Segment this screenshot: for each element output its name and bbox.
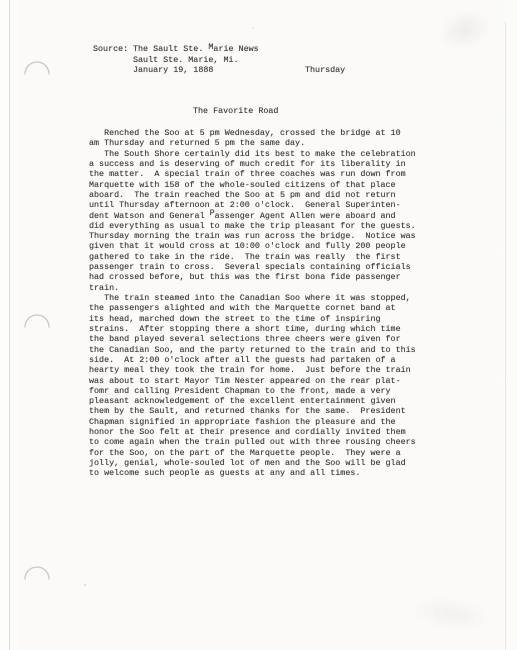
weekday-label: Thursday (305, 65, 345, 75)
body-line: train. (89, 283, 416, 293)
body-line: them by the Sault, and returned thanks f… (89, 406, 416, 416)
body-line: to come again when the train pulled out … (89, 437, 416, 447)
body-line: passenger train to cross. Several specia… (89, 262, 416, 272)
body-line: The train steamed into the Canadian Soo … (89, 293, 416, 303)
body-line: the Canadian Soo, and the party returned… (89, 345, 416, 355)
scan-smudge (421, 0, 509, 68)
body-line: the band played several selections three… (89, 334, 416, 344)
body-line: dent Watson and General Passenger Agent … (89, 211, 416, 221)
body-line: had crossed before, but this was the fir… (89, 272, 416, 282)
body-line: Marquette with 158 of the whole-souled c… (89, 180, 416, 190)
raised-letter: P (210, 208, 215, 218)
scan-speck (84, 584, 86, 586)
body-line: until Thursday afternoon at 2:00 o'clock… (89, 200, 416, 210)
body-line: fomr and calling President Chapman to th… (89, 386, 416, 396)
source-location: Sault Ste. Marie, Mi. (133, 55, 259, 66)
source-block: The Sault Ste. Marie News Sault Ste. Mar… (133, 44, 259, 76)
raised-letter: M (208, 42, 213, 52)
article-body: Renched the Soo at 5 pm Wednesday, cross… (89, 128, 416, 479)
body-line: a success and is deserving of much credi… (89, 159, 416, 169)
paper-left-edge (0, 0, 10, 650)
body-line: to welcome such people as guests at any … (89, 468, 416, 478)
body-line: aboard. The train reached the Soo at 5 p… (89, 190, 416, 200)
punch-hole-icon (23, 313, 51, 329)
body-line: honor the Soo felt at their presence and… (89, 427, 416, 437)
body-line: am Thursday and returned 5 pm the same d… (89, 138, 416, 148)
scan-smudge (393, 585, 508, 644)
body-line: its head, marched down the street to the… (89, 314, 416, 324)
article-title: The Favorite Road (193, 106, 278, 116)
body-line: side. At 2:00 o'clock after all the gues… (89, 355, 416, 365)
body-line: was about to start Mayor Tim Nester appe… (89, 376, 416, 386)
body-line: the passengers alighted and with the Mar… (89, 303, 416, 313)
body-line: Thursday morning the train was run acros… (89, 231, 416, 241)
body-line: The South Shore certainly did its best t… (89, 149, 416, 159)
punch-hole-icon (23, 60, 51, 76)
paper-right-edge (505, 22, 506, 650)
body-line: did everything as usual to make the trip… (89, 221, 416, 231)
source-date: January 19, 1888 (133, 65, 259, 76)
body-line: pleasant acknowledgement of the excellen… (89, 396, 416, 406)
body-line: gathered to take in the ride. The train … (89, 252, 416, 262)
source-label: Source: (93, 44, 128, 54)
scanned-page: Source: The Sault Ste. Marie News Sault … (0, 0, 517, 650)
scan-speck (252, 27, 254, 29)
body-line: hearty meal they took the train for home… (89, 365, 416, 375)
body-line: strains. After stopping there a short ti… (89, 324, 416, 334)
body-line: given that it would cross at 10:00 o'clo… (89, 241, 416, 251)
body-line: for the Soo, on the part of the Marquett… (89, 448, 416, 458)
source-publication: The Sault Ste. Marie News (133, 44, 259, 55)
body-line: Renched the Soo at 5 pm Wednesday, cross… (89, 128, 416, 138)
punch-hole-icon (23, 565, 51, 581)
body-line: Chapman signified in appropriate fashion… (89, 417, 416, 427)
body-line: the matter. A special train of three coa… (89, 169, 416, 179)
body-line: jolly, genial, whole-souled lot of men a… (89, 458, 416, 468)
